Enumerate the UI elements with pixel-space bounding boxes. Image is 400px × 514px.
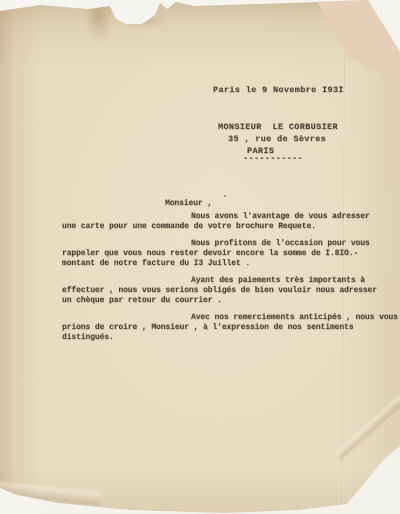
recipient-name: MONSIEUR LE CORBUSIER: [218, 122, 338, 132]
scanned-letter: Paris le 9 Novembre I93I MONSIEUR LE COR…: [0, 0, 400, 514]
para2-line3: montant de notre facture du I3 Juillet .: [62, 259, 250, 268]
para1-line1: Nous avons l'avantage de vous adresser: [191, 212, 370, 221]
para2-line2: rappeler que vous nous rester devoir enc…: [62, 249, 358, 258]
tear-notch-shadow: [112, 12, 168, 28]
para1-line2: une carte pour une commande de votre bro…: [62, 222, 316, 231]
recipient-underline: -----------: [243, 153, 303, 163]
para4-line2: prions de croire , Monsieur , à l'expres…: [62, 323, 353, 332]
para2-line1: Nous profitons de l'occasion pour vous: [191, 239, 370, 248]
salutation: Monsieur ,: [165, 199, 212, 208]
bottom-left-fold: [0, 482, 101, 507]
date-line: Paris le 9 Novembre I93I: [213, 85, 344, 95]
para3-line1: Ayant des paiements très importants à: [191, 276, 365, 285]
para3-line2: effectuer , nous vous serions obligés de…: [62, 286, 377, 295]
paper-stain: [86, 0, 112, 42]
paper-sheet: Paris le 9 Novembre I93I MONSIEUR LE COR…: [0, 0, 400, 514]
para3-line3: un chèque par retour du courrier .: [62, 296, 222, 305]
para4-line1: Avec nos remerciements anticipés , nous …: [191, 313, 398, 322]
recipient-street: 35 , rue de Sèvres: [228, 134, 326, 144]
ink-speck: [224, 195, 226, 197]
para4-line3: distingués.: [62, 333, 114, 342]
